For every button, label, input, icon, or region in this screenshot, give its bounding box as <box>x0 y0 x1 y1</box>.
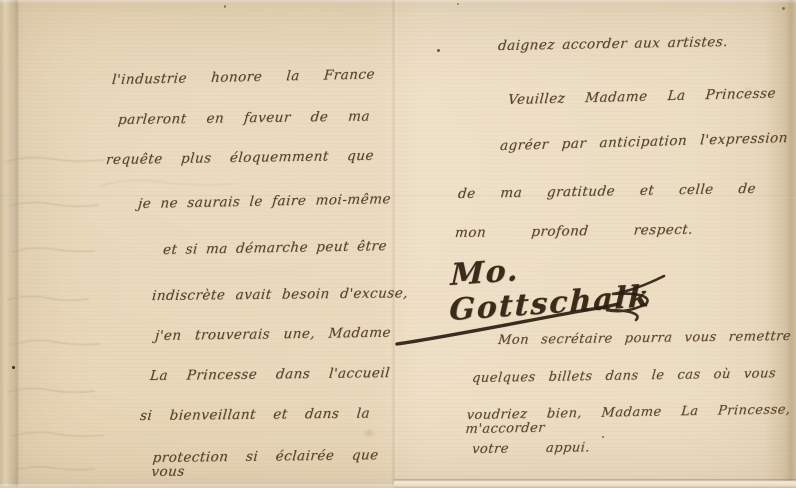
manuscript-line: La Princesse dans l'accueil <box>149 366 390 383</box>
manuscript-line: protection si éclairée que vous <box>151 448 380 479</box>
paper-stain <box>742 86 754 95</box>
paper-speck <box>457 3 459 5</box>
paper-bottom-edge-left <box>0 484 394 488</box>
paper-speck <box>437 49 440 52</box>
manuscript-line: Mon secrétaire pourra vous remettre <box>497 330 791 348</box>
ink-speck <box>12 366 15 369</box>
manuscript-line: de ma gratitude et celle de <box>457 182 756 201</box>
manuscript-line: Veuillez Madame La Princesse <box>507 86 776 107</box>
manuscript-line: parleront en faveur de ma <box>117 109 370 127</box>
manuscript-line: votre appui. <box>471 441 590 456</box>
paper-bottom-edge-right <box>394 479 796 488</box>
manuscript-line: voudriez bien, Madame La Princesse, m'ac… <box>465 403 791 436</box>
manuscript-line: agréer par anticipation l'expression <box>499 131 788 153</box>
manuscript-line: j'en trouverais une, Madame <box>154 326 391 343</box>
manuscript-line: si bienveillant et dans la <box>139 407 370 424</box>
manuscript-line: daignez accorder aux artistes. <box>497 35 728 53</box>
page-fold <box>391 0 398 488</box>
paper-top-edge <box>0 0 796 4</box>
letter-photo: l'industrie honore la France parleront e… <box>0 0 796 488</box>
manuscript-line: l'industrie honore la France <box>111 67 375 87</box>
paper-stain <box>362 428 376 438</box>
manuscript-line: indiscrète avait besoin d'excuse, <box>151 286 408 303</box>
paper-speck <box>224 5 226 8</box>
paper-left-edge <box>0 0 19 488</box>
manuscript-line: requête plus éloquemment que <box>105 149 374 167</box>
manuscript-line: quelques billets dans le cas où vous <box>471 367 776 385</box>
paper-speck <box>782 7 785 10</box>
signature-text: Mo. Gottschalk <box>449 242 681 328</box>
manuscript-line: mon profond respect. <box>454 223 693 241</box>
paper-speck <box>602 436 604 438</box>
manuscript-line: et si ma démarche peut être <box>162 239 387 257</box>
manuscript-line: je ne saurais le faire moi-même <box>137 192 391 211</box>
